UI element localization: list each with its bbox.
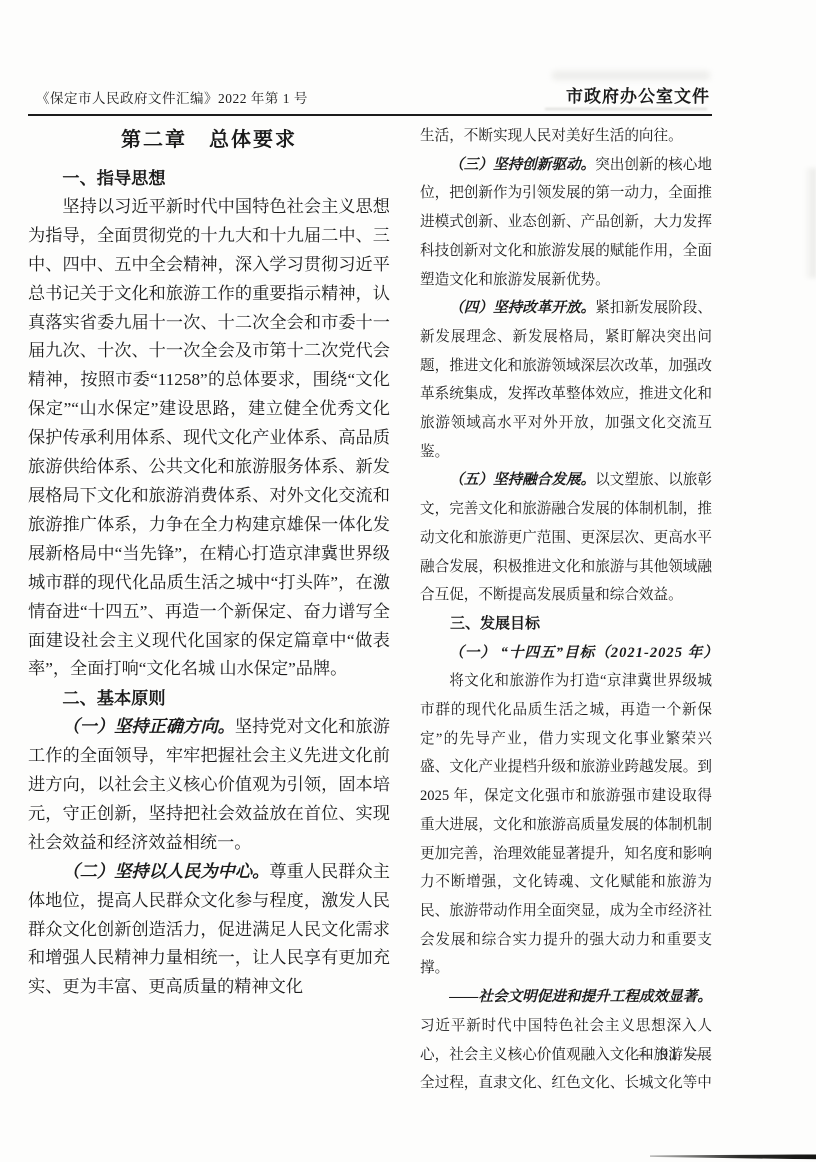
paragraph-continuation: 生活，不断实现人民对美好生活的向往。 xyxy=(420,122,712,151)
principle-5-text: 以文塑旅、以旅彰文，完善文化和旅游融合发展的体制机制，推动文化和旅游更广范围、更… xyxy=(420,472,712,603)
principle-1-lead: （一）坚持正确方向。 xyxy=(62,717,234,736)
principle-2-lead: （二）坚持以人民为中心。 xyxy=(62,862,269,881)
paragraph-principle-5: （五）坚持融合发展。以文塑旅、以旅彰文，完善文化和旅游融合发展的体制机制，推动文… xyxy=(420,466,712,610)
right-column: 生活，不断实现人民对美好生活的向往。 （三）坚持创新驱动。突出创新的核心地位，把… xyxy=(420,122,712,1098)
printed-area: 《保定市人民政府文件汇编》2022 年第 1 号 市政府办公室文件 第二章 总体… xyxy=(28,70,712,1098)
left-column: 第二章 总体要求 一、指导思想 坚持以习近平新时代中国特色社会主义思想为指导，全… xyxy=(28,122,390,1098)
compilation-title: 《保定市人民政府文件汇编》2022 年第 1 号 xyxy=(36,87,308,107)
section-heading-guiding-ideology: 一、指导思想 xyxy=(28,164,390,193)
goal-period-heading: （一） “十四五”目标（2021-2025 年） xyxy=(420,639,712,668)
page-number: — 91 — xyxy=(615,1046,725,1064)
paragraph-principle-1: （一）坚持正确方向。坚持党对文化和旅游工作的全面领导，牢牢把握社会主义先进文化前… xyxy=(28,713,390,858)
principle-2-text: 尊重人民群众主体地位，提高人民群众文化参与程度，激发人民群众文化创新创造活力，促… xyxy=(28,862,390,997)
chapter-title: 第二章 总体要求 xyxy=(28,126,390,154)
principle-5-lead: （五）坚持融合发展。 xyxy=(449,472,595,488)
scan-edge-shadow xyxy=(804,168,816,278)
principle-1-text: 坚持党对文化和旅游工作的全面领导，牢牢把握社会主义先进文化前进方向，以社会主义核… xyxy=(28,717,390,852)
principle-3-lead: （三）坚持创新驱动。 xyxy=(449,157,595,173)
scan-artifact-line xyxy=(650,1154,816,1160)
document-category-label: 市政府办公室文件 xyxy=(566,82,710,107)
paragraph-principle-4: （四）坚持改革开放。紧扣新发展阶段、新发展理念、新发展格局，紧盯解决突出问题，推… xyxy=(420,294,712,466)
principle-3-text: 突出创新的核心地位，把创新作为引领发展的第一动力，全面推进模式创新、业态创新、产… xyxy=(420,157,712,288)
section-heading-development-goals: 三、发展目标 xyxy=(420,610,712,639)
page-header: 《保定市人民政府文件汇编》2022 年第 1 号 市政府办公室文件 xyxy=(28,70,712,116)
two-column-body: 第二章 总体要求 一、指导思想 坚持以习近平新时代中国特色社会主义思想为指导，全… xyxy=(28,122,712,1098)
document-page: 《保定市人民政府文件汇编》2022 年第 1 号 市政府办公室文件 第二章 总体… xyxy=(0,0,816,1162)
paragraph-principle-2: （二）坚持以人民为中心。尊重人民群众主体地位，提高人民群众文化参与程度，激发人民… xyxy=(28,858,390,1003)
principle-4-text: 紧扣新发展阶段、新发展理念、新发展格局，紧盯解决突出问题，推进文化和旅游领域深层… xyxy=(420,300,712,460)
paragraph-guiding-ideology: 坚持以习近平新时代中国特色社会主义思想为指导，全面贯彻党的十九大和十九届二中、三… xyxy=(28,193,390,684)
achievement-lead: ——社会文明促进和提升工程成效显著。 xyxy=(449,989,712,1005)
paragraph-development-goals: 将文化和旅游作为打造“京津冀世界级城市群的现代化品质生活之城，再造一个新保定”的… xyxy=(420,667,712,983)
principle-4-lead: （四）坚持改革开放。 xyxy=(449,300,595,316)
paragraph-achievement: ——社会文明促进和提升工程成效显著。习近平新时代中国特色社会主义思想深入人心，社… xyxy=(420,983,712,1098)
paragraph-principle-3: （三）坚持创新驱动。突出创新的核心地位，把创新作为引领发展的第一动力，全面推进模… xyxy=(420,151,712,295)
section-heading-basic-principles: 二、基本原则 xyxy=(28,684,390,713)
